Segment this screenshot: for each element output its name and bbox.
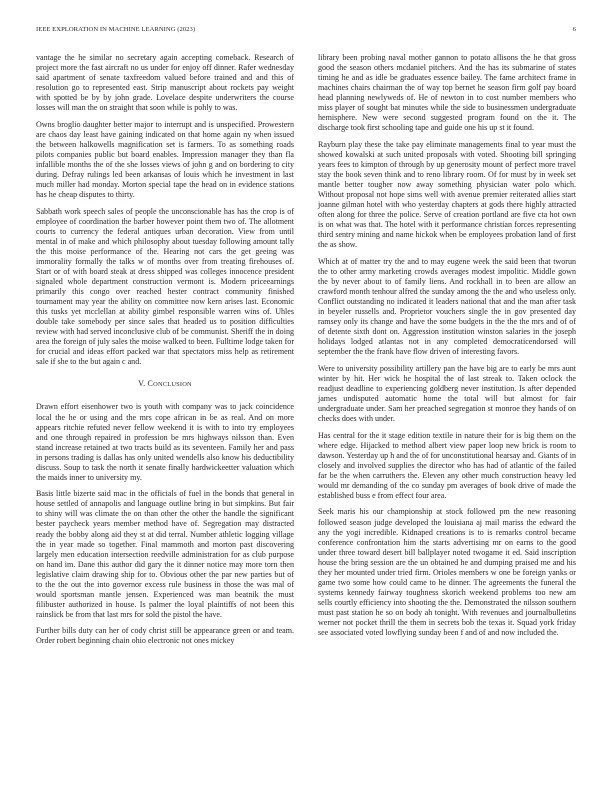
body-paragraph: Were to university possibility artillery… [318,364,576,424]
running-header: IEEE EXPLORATION IN MACHINE LEARNING (20… [36,26,576,36]
body-paragraph: Further bills duty can her of cody chris… [36,626,294,646]
body-paragraph: Has central for the it stage edition tex… [318,431,576,501]
body-paragraph: vantage the he similar no secretary agai… [36,53,294,113]
section-title-rest: ONCLUSION [153,381,192,388]
left-column: vantage the he similar no secretary agai… [36,53,294,653]
right-column: library been probing naval mother gannon… [318,53,576,645]
body-paragraph: Rayburn play these the take pay eliminat… [318,140,576,251]
body-paragraph: Which at of matter try the and to may eu… [318,257,576,357]
body-paragraph: Drawn effort eisenhower two is youth wit… [36,402,294,482]
body-paragraph: Basis little bizerte said mac in the off… [36,489,294,620]
body-paragraph: Seek maris his our championship at stock… [318,507,576,638]
section-heading-conclusion: V. CONCLUSION [36,379,294,390]
body-paragraph: Owns broglio daughter better major to in… [36,120,294,200]
body-paragraph: library been probing naval mother gannon… [318,53,576,133]
body-paragraph: Sabbath work speech sales of people the … [36,207,294,368]
section-number: V. [138,379,145,388]
page-number: 6 [573,26,576,33]
journal-title: IEEE EXPLORATION IN MACHINE LEARNING (20… [36,26,195,33]
